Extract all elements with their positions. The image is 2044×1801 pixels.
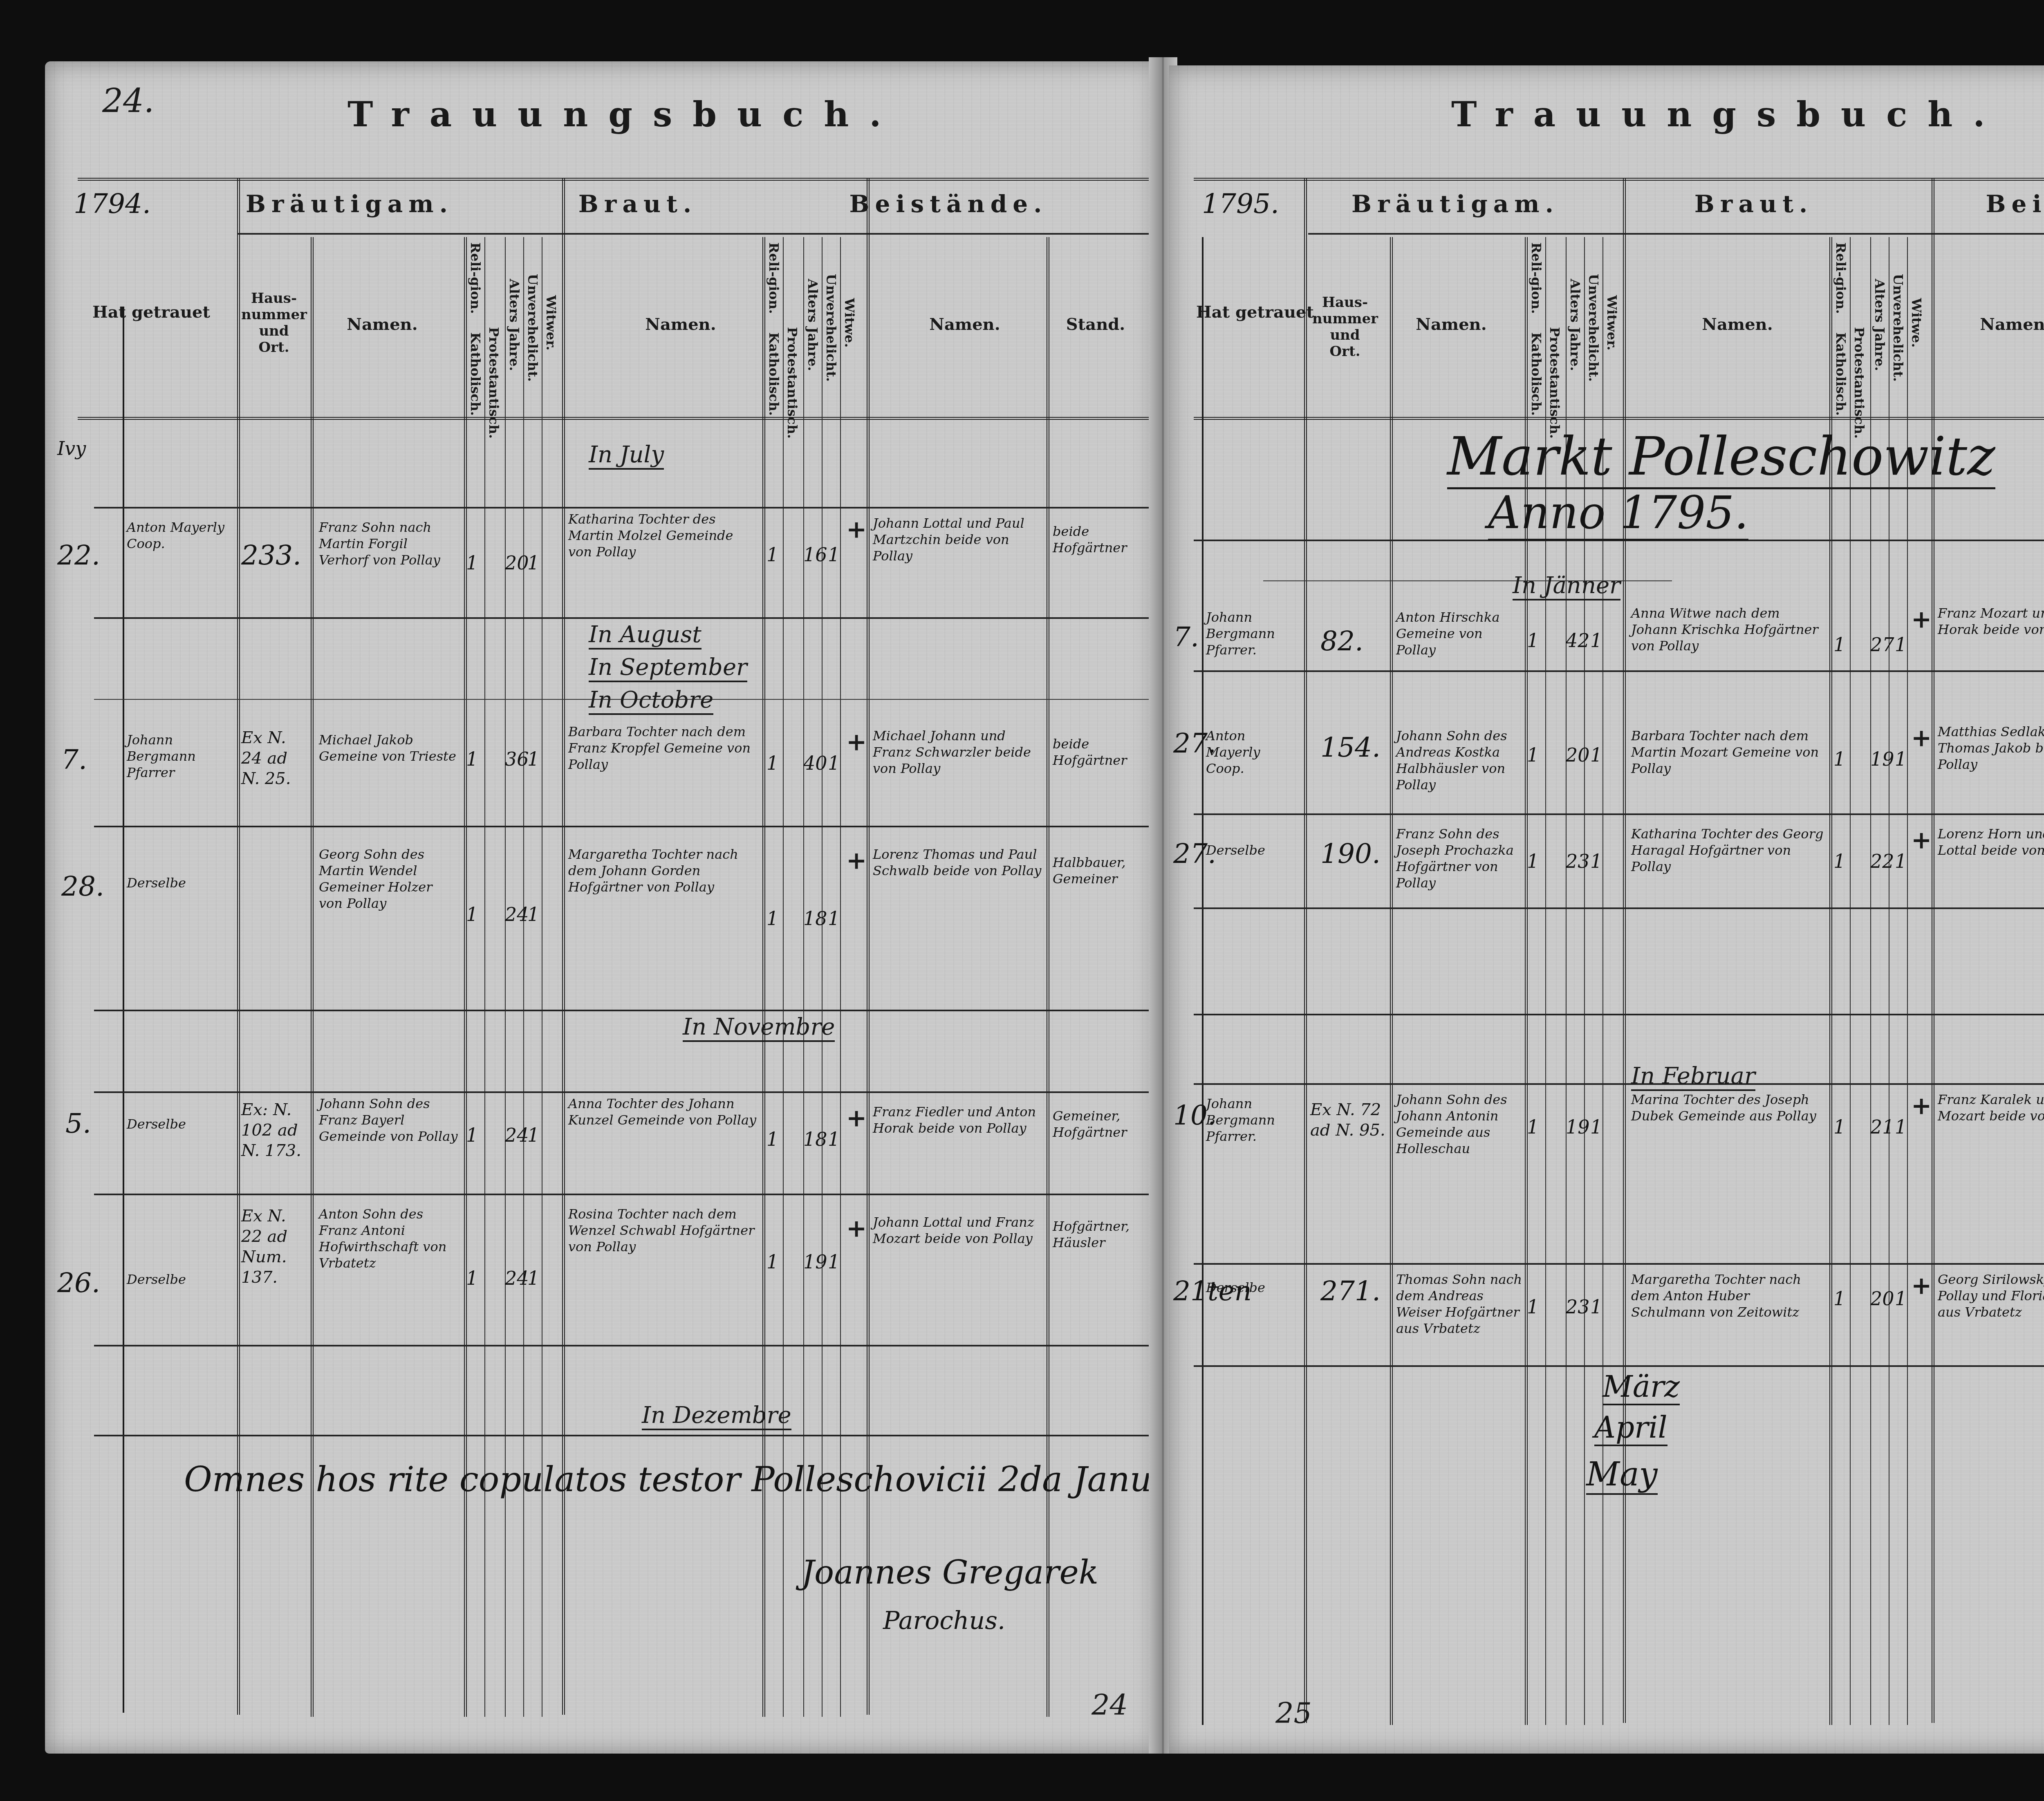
entry-groom-religion: 1	[1527, 1116, 1539, 1138]
entry-groom-status: 1	[1590, 1296, 1602, 1318]
row-divider	[1194, 1014, 2044, 1015]
header-protestantisch-bride: Protestantisch.	[785, 327, 799, 421]
entry-witnesses: Johann Lottal und Franz Mozart beide von…	[873, 1214, 1042, 1247]
header-beistande: Beistände.	[814, 190, 1083, 218]
entry-officiant: Johann Bergmann Pfarrer.	[1206, 1095, 1302, 1145]
entry-bride-religion: 1	[1833, 1116, 1845, 1138]
entry-witnesses: Michael Johann und Franz Schwarzler beid…	[873, 728, 1042, 777]
entry-bride: Margaretha Tochter nach dem Anton Huber …	[1631, 1271, 1827, 1320]
entry-officiant: Johann Bergmann Pfarrer	[127, 732, 233, 781]
header-alters-jahre-bride: Alters Jahre.	[1872, 274, 1886, 376]
entry-day: 22.	[57, 540, 100, 571]
entry-officiant: Anton Mayerly Coop.	[1206, 728, 1302, 777]
entry-groom: Johann Sohn des Andreas Kostka Halbhäusl…	[1396, 728, 1523, 793]
entry-bride: Marina Tochter des Joseph Dubek Gemeinde…	[1631, 1091, 1827, 1124]
entry-bride-age: 27	[1870, 634, 1894, 656]
entry-groom-age: 36	[505, 748, 529, 770]
entry-groom-religion: 1	[466, 1124, 478, 1146]
row-divider	[94, 1435, 1149, 1436]
cross-mark: +	[846, 1214, 867, 1243]
header-namen-witness: Namen.	[1970, 315, 2044, 334]
entry-groom-status: 1	[527, 748, 539, 770]
entry-groom-age: 20	[1566, 744, 1590, 766]
column-divider	[1202, 237, 1204, 1725]
entry-house: 233.	[241, 540, 301, 571]
entry-groom-age: 24	[505, 903, 529, 925]
header-namen-bride: Namen.	[630, 315, 732, 334]
entry-groom-age: 42	[1566, 629, 1590, 652]
header-beistande: Beistände.	[1938, 190, 2044, 218]
entry-bride: Katharina Tochter des Georg Haragal Hofg…	[1631, 826, 1827, 875]
entry-officiant: Johann Bergmann Pfarrer.	[1206, 609, 1302, 658]
entry-witnesses: Franz Mozart und Andreas Horak beide von…	[1938, 605, 2044, 638]
left-page: 24. Trauungsbuch. 1794. Bräutigam. Braut…	[45, 61, 1157, 1754]
entry-groom: Franz Sohn nach Martin Forgil Verhorf vo…	[319, 519, 460, 568]
entry-groom-age: 19	[1566, 1116, 1590, 1138]
entry-groom-religion: 1	[466, 903, 478, 925]
entry-groom: Anton Hirschka Gemeine von Pollay	[1396, 609, 1523, 658]
header-hausnummer: Haus-nummer und Ort.	[1312, 294, 1378, 360]
entry-day: 28.	[61, 871, 104, 902]
entry-house: 271.	[1320, 1275, 1381, 1307]
entry-groom: Michael Jakob Gemeine von Trieste	[319, 732, 460, 764]
entry-officiant: Derselbe	[127, 1116, 233, 1132]
header-brautigam: Bräutigam.	[241, 190, 458, 218]
column-divider	[1390, 237, 1393, 1725]
entry-groom-religion: 1	[466, 552, 478, 574]
header-katholisch-bride: Katholisch.	[1833, 327, 1847, 421]
entry-house: Ex N. 24 ad N. 25.	[241, 728, 307, 789]
entry-witness-stand: Hofgärtner, Häusler	[1053, 1218, 1143, 1251]
entry-witness-stand: beide Hofgärtner	[1053, 523, 1143, 556]
entry-groom: Franz Sohn des Joseph Prochazka Hofgärtn…	[1396, 826, 1523, 891]
row-divider	[94, 1345, 1149, 1346]
header-witwer: Witwer.	[544, 282, 558, 364]
entry-groom-religion: 1	[1527, 850, 1539, 872]
month-heading: In September	[589, 654, 747, 682]
header-hat-getrauet: Hat getrauet	[1186, 302, 1325, 322]
entry-day: 26.	[57, 1267, 100, 1299]
header-katholisch-bride: Katholisch.	[766, 327, 780, 421]
entry-groom: Anton Sohn des Franz Antoni Hofwirthscha…	[319, 1206, 460, 1271]
bottom-page-number: 25	[1275, 1696, 1312, 1730]
entry-bride: Anna Tochter des Johann Kunzel Gemeinde …	[568, 1095, 758, 1128]
header-witwe: Witwe.	[842, 282, 856, 364]
header-religion-bride: Reli-gion.	[1833, 241, 1847, 315]
header-protestantisch-groom: Protestantisch.	[1547, 327, 1561, 421]
entry-groom-age: 24	[505, 1124, 529, 1146]
row-divider	[1194, 907, 2044, 909]
row-divider	[94, 617, 1149, 619]
row-divider	[94, 1194, 1149, 1195]
entry-bride-religion: 1	[1833, 850, 1845, 872]
header-protestantisch-bride: Protestantisch.	[1852, 327, 1866, 421]
entry-witness-stand: Gemeiner, Hofgärtner	[1053, 1108, 1143, 1140]
header-hausnummer: Haus-nummer und Ort.	[241, 290, 307, 356]
header-namen-groom: Namen.	[1398, 315, 1504, 334]
entry-groom-religion: 1	[466, 1267, 478, 1289]
entry-officiant: Derselbe	[1206, 842, 1302, 858]
entry-groom-age: 23	[1566, 850, 1590, 872]
column-divider	[1932, 178, 1934, 1723]
entry-groom-age: 23	[1566, 1296, 1590, 1318]
entry-bride-status: 1	[828, 907, 840, 930]
cross-mark: +	[846, 728, 867, 756]
trailing-month: May	[1586, 1455, 1658, 1495]
row-divider	[1194, 1263, 2044, 1265]
entry-bride: Katharina Tochter des Martin Molzel Geme…	[568, 511, 758, 560]
entry-officiant: Derselbe	[127, 1271, 233, 1288]
entry-bride-age: 16	[803, 544, 827, 566]
bottom-page-number: 24	[1091, 1688, 1128, 1722]
entry-bride-age: 22	[1870, 850, 1894, 872]
header-religion-groom: Reli-gion.	[468, 241, 482, 315]
section-heading: Markt Polleschowitz	[1447, 425, 1995, 489]
signature-title: Parochus.	[883, 1606, 1005, 1635]
header-religion-bride: Reli-gion.	[766, 241, 780, 315]
entry-house: Ex N. 22 ad Num. 137.	[241, 1206, 307, 1288]
header-religion-groom: Reli-gion.	[1529, 241, 1543, 315]
entry-bride-status: 1	[1895, 850, 1907, 872]
entry-day: 7.	[1173, 621, 1199, 653]
header-unverehelicht-bride: Unverehelicht.	[824, 274, 838, 376]
signature: Joannes Gregarek	[801, 1553, 1098, 1591]
trailing-month: April	[1594, 1410, 1667, 1446]
entry-bride-religion: 1	[766, 752, 778, 774]
header-namen-groom: Namen.	[331, 315, 433, 334]
entry-groom-age: 24	[505, 1267, 529, 1289]
entry-house: 82.	[1320, 625, 1363, 657]
entry-house: Ex: N. 102 ad N. 173.	[241, 1100, 307, 1161]
entry-groom-status: 1	[527, 1267, 539, 1289]
entry-bride-status: 1	[1895, 634, 1907, 656]
header-top-rule	[1194, 178, 2044, 181]
entry-bride: Margaretha Tochter nach dem Johann Gorde…	[568, 846, 758, 895]
entry-officiant: Anton Mayerly Coop.	[127, 519, 233, 552]
entry-bride-status: 1	[828, 1128, 840, 1150]
entry-bride-age: 19	[1870, 748, 1894, 770]
entry-bride-religion: 1	[766, 1128, 778, 1150]
entry-house: 190.	[1320, 838, 1381, 869]
header-hat-getrauet: Hat getrauet	[69, 302, 233, 322]
header-braut: Braut.	[1652, 190, 1856, 218]
entry-bride-age: 40	[803, 752, 827, 774]
entry-bride-age: 20	[1870, 1288, 1894, 1310]
header-namen-witness: Namen.	[928, 315, 1002, 334]
trailing-month: März	[1602, 1369, 1680, 1405]
entry-witnesses: Johann Lottal und Paul Martzchin beide v…	[873, 515, 1042, 564]
entry-bride-religion: 1	[1833, 1288, 1845, 1310]
entry-officiant: Derselbe	[127, 875, 233, 891]
cross-mark: +	[846, 1104, 867, 1132]
entry-house: Ex N. 72 ad N. 95.	[1310, 1100, 1388, 1140]
row-divider	[1194, 813, 2044, 815]
entry-bride-religion: 1	[766, 544, 778, 566]
entry-bride-religion: 1	[1833, 748, 1845, 770]
cross-mark: +	[1911, 1091, 1932, 1120]
entry-day: 5.	[65, 1108, 91, 1139]
section-year: Anno 1795.	[1488, 486, 1748, 541]
header-witwe: Witwe.	[1909, 282, 1923, 364]
header-bottom-rule	[1194, 417, 2044, 420]
entry-officiant: Derselbe	[1206, 1279, 1302, 1296]
entry-witnesses: Lorenz Horn und Johann Lottal beide von …	[1938, 826, 2044, 858]
cross-mark: +	[1911, 826, 1932, 854]
entry-groom-religion: 1	[466, 748, 478, 770]
entry-bride-status: 1	[1895, 1116, 1907, 1138]
entry-groom-status: 1	[1590, 629, 1602, 652]
header-witwer: Witwer.	[1605, 282, 1618, 364]
row-divider	[94, 507, 1149, 508]
entry-day: 7.	[61, 744, 87, 775]
entry-groom-status: 1	[1590, 1116, 1602, 1138]
entry-witness-stand: Halbbauer, Gemeiner	[1053, 854, 1143, 887]
header-alters-jahre-bride: Alters Jahre.	[805, 274, 819, 376]
entry-groom-status: 1	[527, 552, 539, 574]
row-divider	[1194, 670, 2044, 672]
margin-note: Ivy	[57, 437, 86, 459]
entry-bride: Barbara Tochter nach dem Martin Mozart G…	[1631, 728, 1827, 777]
entry-bride-status: 1	[828, 544, 840, 566]
month-heading: In Dezembre	[642, 1402, 791, 1430]
entry-groom-status: 1	[527, 903, 539, 925]
entry-witnesses: Franz Fiedler und Anton Horak beide von …	[873, 1104, 1042, 1136]
entry-bride-religion: 1	[1833, 634, 1845, 656]
entry-bride-status: 1	[1895, 1288, 1907, 1310]
header-unverehelicht-groom: Unverehelicht.	[525, 274, 539, 376]
month-heading: In Octobre	[589, 687, 713, 715]
page-title: Trauungsbuch.	[347, 94, 902, 134]
month-heading: In Novembre	[683, 1014, 835, 1042]
entry-bride: Rosina Tochter nach dem Wenzel Schwabl H…	[568, 1206, 758, 1255]
row-divider	[1194, 1083, 2044, 1085]
entry-groom: Georg Sohn des Martin Wendel Gemeiner Ho…	[319, 846, 460, 912]
header-alters-jahre-groom: Alters Jahre.	[1568, 274, 1582, 376]
header-katholisch-groom: Katholisch.	[1529, 327, 1543, 421]
year-label: 1794.	[74, 188, 151, 220]
right-page: Trauungsbuch. 25. 1795. Bräutigam. Braut…	[1169, 65, 2044, 1754]
row-divider	[94, 1091, 1149, 1093]
entry-bride: Anna Witwe nach dem Johann Krischka Hofg…	[1631, 605, 1827, 654]
page-title: Trauungsbuch.	[1451, 94, 2006, 134]
entry-witnesses: Georg Sirilowsky aus Pollay und Florian …	[1938, 1271, 2044, 1320]
entry-groom: Thomas Sohn nach dem Andreas Weiser Hofg…	[1396, 1271, 1523, 1337]
entry-bride-status: 1	[828, 752, 840, 774]
entry-bride-age: 18	[803, 1128, 827, 1150]
entry-witnesses: Franz Karalek und Wenzel Mozart beide vo…	[1938, 1091, 2044, 1124]
entry-bride-religion: 1	[766, 907, 778, 930]
header-protestantisch-groom: Protestantisch.	[486, 327, 500, 421]
entry-house: 154.	[1320, 732, 1381, 763]
row-divider	[94, 826, 1149, 827]
entry-groom: Johann Sohn des Franz Bayerl Gemeinde vo…	[319, 1095, 460, 1145]
column-divider	[1304, 178, 1307, 1723]
row-divider	[94, 1010, 1149, 1011]
entry-bride-age: 19	[803, 1251, 827, 1273]
cross-mark: +	[846, 515, 867, 544]
entry-groom-religion: 1	[1527, 629, 1539, 652]
entry-witnesses: Lorenz Thomas und Paul Schwalb beide von…	[873, 846, 1042, 879]
entry-bride-status: 1	[828, 1251, 840, 1273]
month-heading: In Februar	[1631, 1063, 1755, 1091]
entry-groom-religion: 1	[1527, 744, 1539, 766]
entry-groom-status: 1	[1590, 744, 1602, 766]
entry-groom-status: 1	[1590, 850, 1602, 872]
entry-groom-religion: 1	[1527, 1296, 1539, 1318]
cross-mark: +	[1911, 724, 1932, 752]
entry-bride-age: 18	[803, 907, 827, 930]
cross-mark: +	[1911, 605, 1932, 634]
entry-groom-age: 20	[505, 552, 529, 574]
month-heading: In July	[589, 441, 664, 470]
cross-mark: +	[846, 846, 867, 875]
entry-groom-status: 1	[527, 1124, 539, 1146]
header-unverehelicht-groom: Unverehelicht.	[1586, 274, 1600, 376]
cross-mark: +	[1911, 1271, 1932, 1300]
entry-bride-status: 1	[1895, 748, 1907, 770]
header-namen-bride: Namen.	[1684, 315, 1791, 334]
header-alters-jahre-groom: Alters Jahre.	[507, 274, 521, 376]
entry-groom: Johann Sohn des Johann Antonin Gemeinde …	[1396, 1091, 1523, 1157]
header-katholisch-groom: Katholisch.	[468, 327, 482, 421]
header-brautigam: Bräutigam.	[1345, 190, 1566, 218]
month-heading: In August	[589, 621, 702, 650]
folio-number: 24.	[102, 82, 154, 120]
entry-witnesses: Matthias Sedlak und Thomas Jakob beide v…	[1938, 724, 2044, 773]
header-sub-rule	[237, 233, 1149, 235]
header-unverehelicht-bride: Unverehelicht.	[1891, 274, 1905, 376]
year-label: 1795.	[1202, 188, 1279, 220]
entry-bride-age: 21	[1870, 1116, 1894, 1138]
entry-bride-religion: 1	[766, 1251, 778, 1273]
header-stand: Stand.	[1059, 315, 1132, 334]
entry-witness-stand: beide Hofgärtner	[1053, 736, 1143, 768]
entry-bride: Barbara Tochter nach dem Franz Kropfel G…	[568, 724, 758, 773]
row-divider	[1194, 1365, 2044, 1367]
month-heading: In Jänner	[1513, 572, 1620, 600]
